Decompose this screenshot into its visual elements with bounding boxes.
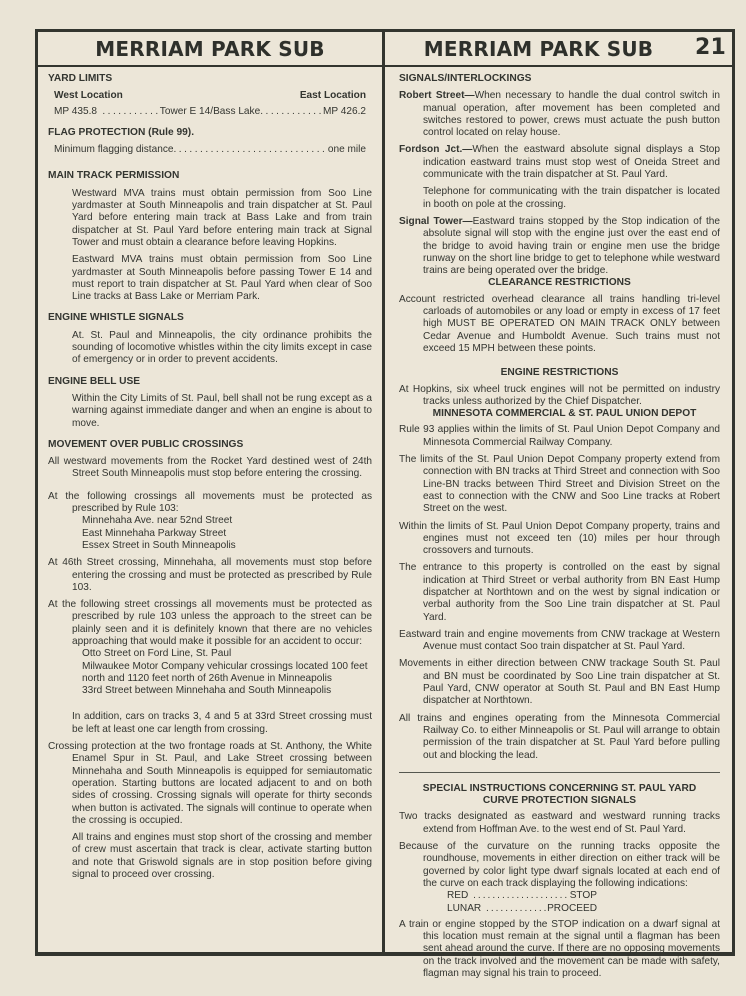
indication-row: RED ....................................… [447,890,597,902]
main-track-paragraph: Westward MVA trains must obtain permissi… [48,188,372,249]
robert-street-label: Robert Street— [399,90,475,101]
page-number: 21 [695,35,726,60]
whistle-heading: ENGINE WHISTLE SIGNALS [48,312,372,324]
signals-heading: SIGNALS/INTERLOCKINGS [399,73,720,85]
list-item: Milwaukee Motor Company vehicular crossi… [82,661,372,686]
crossings-p2: At the following crossings all movements… [48,491,372,516]
crossings-heading: MOVEMENT OVER PUBLIC CROSSINGS [48,439,372,451]
list-item: Otto Street on Ford Line, St. Paul [82,648,372,660]
east-value: MP 426.2 [323,106,366,118]
east-location-label: East Location [300,90,366,102]
indication-signal: LUNAR [447,903,481,915]
section-divider [399,772,720,773]
main-track-heading: MAIN TRACK PERMISSION [48,170,372,182]
flag-protection-heading: FLAG PROTECTION (Rule 99). [48,127,372,139]
whistle-text: At. St. Paul and Minneapolis, the city o… [48,330,372,367]
crossings-p6: Crossing protection at the two frontage … [48,741,372,827]
indication-row: LUNAR ..................................… [447,903,597,915]
right-column: MERRIAM PARK SUB 21 SIGNALS/INTERLOCKING… [385,32,732,952]
signal-tower-label: Signal Tower— [399,216,473,227]
indication-meaning: STOP [570,890,597,902]
bell-text: Within the City Limits of St. Paul, bell… [48,393,372,430]
fordson-paragraph: Fordson Jct.—When the eastward absolute … [399,144,720,181]
fordson-label: Fordson Jct.— [399,144,472,155]
mn-commercial-heading: MINNESOTA COMMERCIAL & ST. PAUL UNION DE… [399,408,720,420]
bell-heading: ENGINE BELL USE [48,376,372,388]
mn-commercial-paragraph: Within the limits of St. Paul Union Depo… [399,521,720,558]
list-item: Essex Street in South Minneapolis [82,540,372,552]
yard-limits-heading: YARD LIMITS [48,73,372,85]
right-header: MERRIAM PARK SUB 21 [385,32,732,67]
engine-restrictions-heading: ENGINE RESTRICTIONS [399,367,720,379]
robert-street-paragraph: Robert Street—When necessary to handle t… [399,90,720,139]
crossings-list-2: Otto Street on Ford Line, St. Paul Milwa… [48,648,372,697]
special-p2: Because of the curvature on the running … [399,841,720,890]
mn-commercial-paragraph: The limits of the St. Paul Union Depot C… [399,454,720,515]
clearance-heading: CLEARANCE RESTRICTIONS [399,277,720,289]
clearance-text: Account restricted overhead clearance al… [399,294,720,355]
crossings-p5: In addition, cars on tracks 3, 4 and 5 a… [48,711,372,736]
special-p3: A train or engine stopped by the STOP in… [399,919,720,980]
mn-commercial-paragraph: Rule 93 applies within the limits of St.… [399,424,720,449]
crossings-p1: All westward movements from the Rocket Y… [48,456,372,481]
page-title: MERRIAM PARK SUB [95,37,324,61]
page-frame: MERRIAM PARK SUB YARD LIMITS West Locati… [35,29,735,956]
telephone-paragraph: Telephone for communicating with the tra… [399,186,720,211]
indication-meaning: PROCEED [547,903,597,915]
special-p1: Two tracks designated as eastward and we… [399,811,720,836]
page-title: MERRIAM PARK SUB [424,37,653,61]
crossings-p4: At the following street crossings all mo… [48,599,372,648]
mn-commercial-paragraph: Movements in either direction between CN… [399,658,720,707]
list-item: 33rd Street between Minnehaha and South … [82,685,372,697]
indication-signal: RED [447,890,468,902]
mn-commercial-paragraph: The entrance to this property is control… [399,562,720,623]
crossings-p7: All trains and engines must stop short o… [48,832,372,881]
special-heading-1: SPECIAL INSTRUCTIONS CONCERNING ST. PAUL… [399,783,720,795]
mn-commercial-paragraph: Eastward train and engine movements from… [399,629,720,654]
signal-indications: RED ....................................… [399,890,720,915]
list-item: Minnehaha Ave. near 52nd Street [82,515,372,527]
crossings-p3: At 46th Street crossing, Minnehaha, all … [48,557,372,594]
crossings-list-1: Minnehaha Ave. near 52nd Street East Min… [48,515,372,552]
west-value: MP 435.8 [54,106,97,118]
yard-limits-row: MP 435.8 ...............................… [48,106,372,118]
west-location-label: West Location [54,90,123,102]
mn-commercial-paragraph: All trains and engines operating from th… [399,713,720,762]
main-track-paragraph: Eastward MVA trains must obtain permissi… [48,254,372,303]
engine-restrictions-text: At Hopkins, six wheel truck engines will… [399,384,720,409]
special-heading-2: CURVE PROTECTION SIGNALS [399,795,720,807]
flag-distance-label: Minimum flagging distance [54,144,174,156]
left-column: MERRIAM PARK SUB YARD LIMITS West Locati… [38,32,385,952]
flag-distance-row: Minimum flagging distance ..............… [48,144,372,156]
left-header: MERRIAM PARK SUB [38,32,382,67]
list-item: East Minnehaha Parkway Street [82,528,372,540]
flag-distance-value: one mile [328,144,366,156]
middle-value: Tower E 14/Bass Lake [160,106,260,118]
signal-tower-paragraph: Signal Tower—Eastward trains stopped by … [399,216,720,277]
